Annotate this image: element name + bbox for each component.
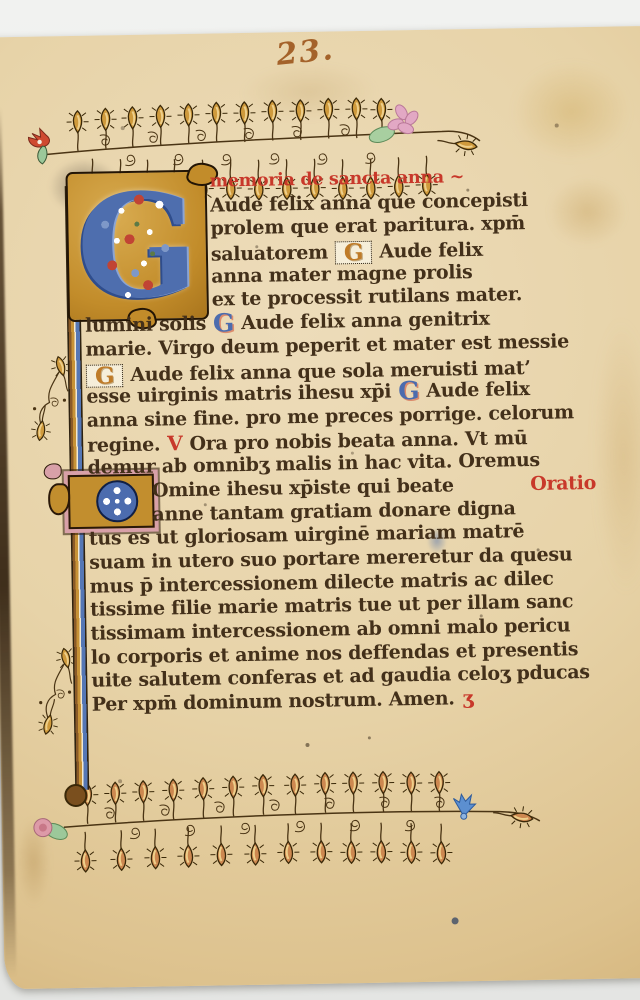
versal-initial-g: G xyxy=(213,314,234,332)
manuscript-page: 23. xyxy=(0,26,640,990)
versal-initial-g: G xyxy=(86,364,124,388)
line-filler-mark: ʒ xyxy=(462,687,473,709)
blue-ink-dot xyxy=(452,917,459,924)
text-segment: esse uirginis matris ihesu xp̄i xyxy=(86,381,391,408)
binding-gutter-shadow xyxy=(0,107,17,977)
text-block: memoria de sancta anna ~ Aude felix anna… xyxy=(82,164,613,718)
rose-flower xyxy=(34,818,70,843)
pink-flower xyxy=(367,102,421,145)
text-segment: Aude felix xyxy=(426,378,530,402)
text-segment: Aude felix xyxy=(379,239,483,263)
parchment-stain xyxy=(511,60,633,162)
text-segment: regine. xyxy=(87,433,160,456)
oratio-rubric: Oratio xyxy=(530,472,610,497)
tulip-flower xyxy=(26,127,58,165)
folio-number: 23. xyxy=(275,35,336,71)
bottom-border-ornament xyxy=(29,760,591,888)
photo-stage: 23. xyxy=(0,0,640,1000)
versicle-mark: V xyxy=(167,431,183,455)
text-segment: Aude felix anna genitrix xyxy=(241,308,490,334)
versal-initial-g: G xyxy=(335,241,373,265)
text-segment: lumini solis xyxy=(85,313,206,337)
versal-initial-g: G xyxy=(398,382,419,400)
text-segment: saluatorem xyxy=(211,242,328,266)
cornflower xyxy=(453,794,475,819)
